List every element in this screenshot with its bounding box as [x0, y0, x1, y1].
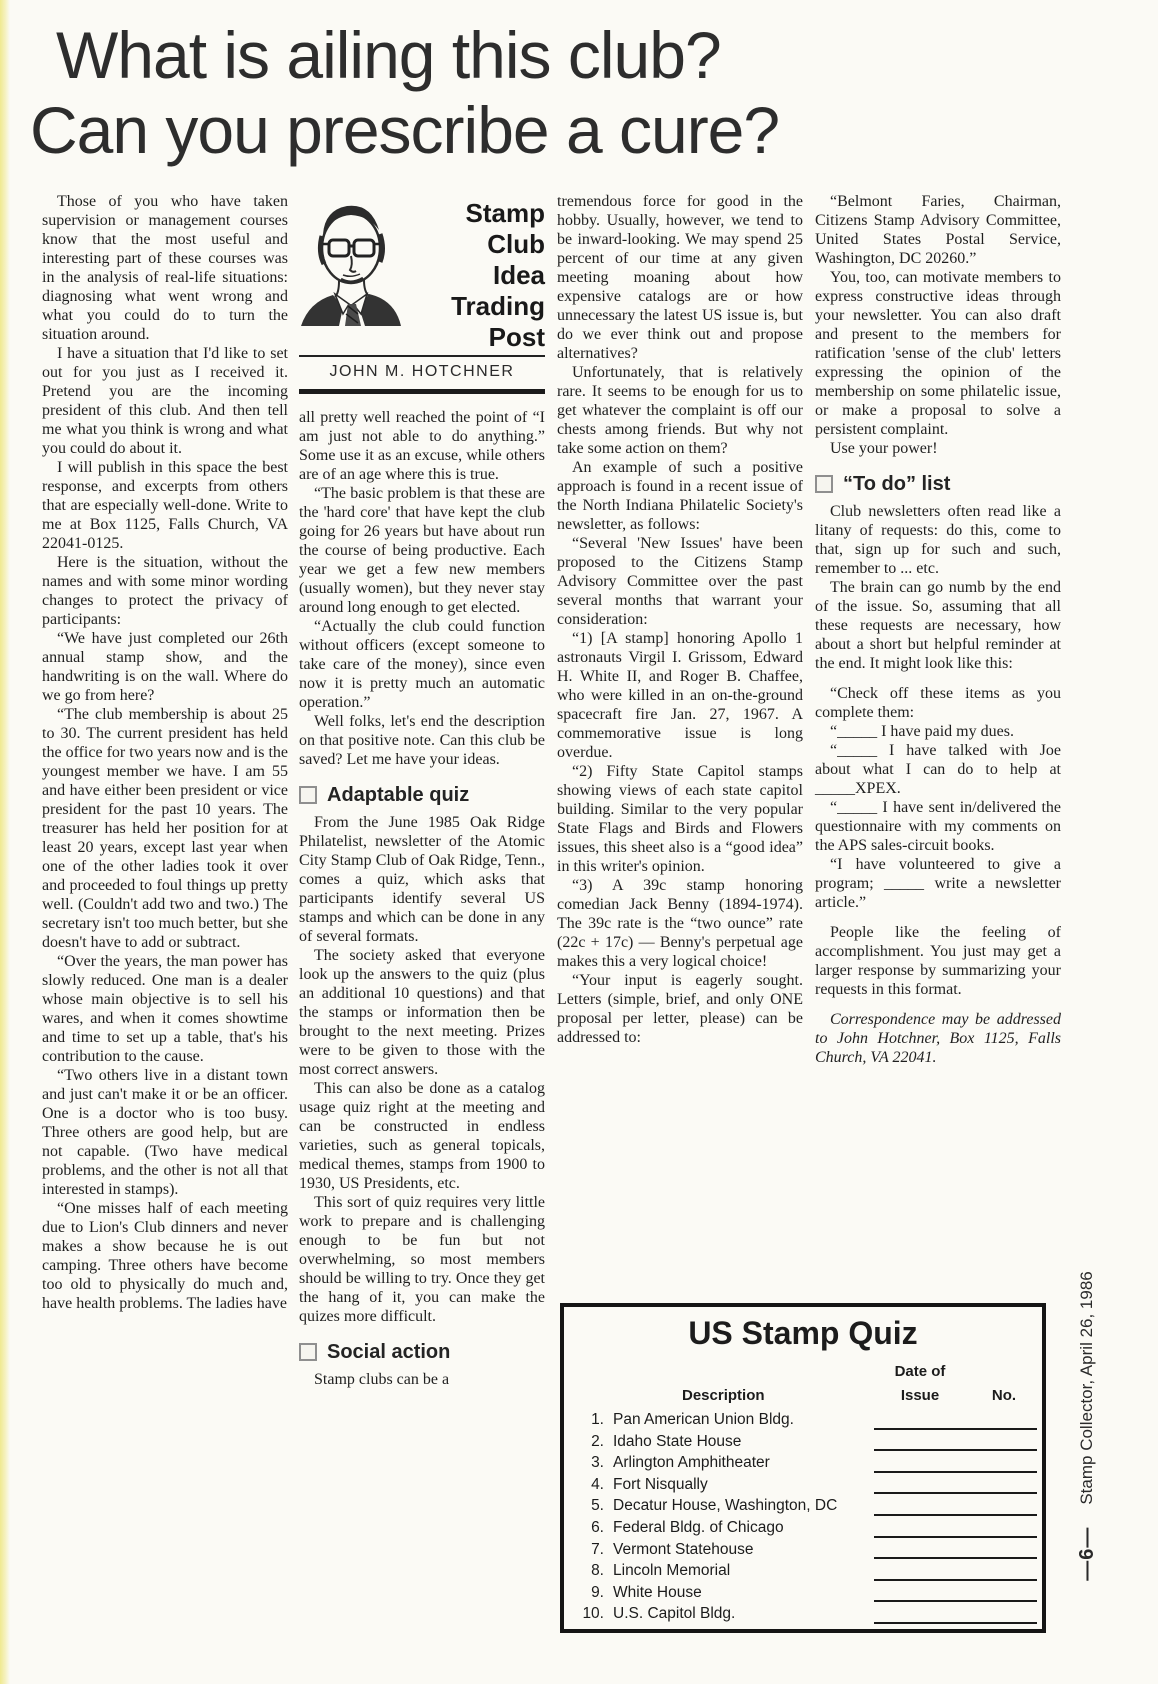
page-title-line1: What is ailing this club?	[0, 18, 779, 93]
paragraph: “Over the years, the man power has slowl…	[42, 952, 288, 1066]
paragraph: “2) Fifty State Capitol stamps showing v…	[557, 762, 803, 876]
scanned-page-edge	[0, 0, 10, 1684]
page-footer: —6— Stamp Collector, April 26, 1986	[1074, 1261, 1100, 1591]
column-4: “Belmont Faries, Chairman, Citizens Stam…	[815, 192, 1061, 1067]
checkbox-icon	[299, 786, 317, 804]
quiz-row: 10.U.S. Capitol Bldg.	[564, 1605, 1042, 1627]
quiz-answer-blank	[874, 1579, 1037, 1581]
section-heading-to-do-list: “To do” list	[815, 473, 1061, 495]
paragraph: all pretty well reached the point of “I …	[299, 408, 545, 484]
paragraph: “The basic problem is that these are the…	[299, 484, 545, 617]
quiz-rows: 1.Pan American Union Bldg.2.Idaho State …	[564, 1411, 1042, 1627]
paragraph: “_____ I have talked with Joe about what…	[815, 741, 1061, 798]
quiz-header-issue: Issue	[864, 1387, 976, 1404]
paragraph: Stamp clubs can be a	[299, 1370, 545, 1389]
paragraph: This sort of quiz requires very little w…	[299, 1193, 545, 1326]
paragraph: “_____ I have sent in/delivered the ques…	[815, 798, 1061, 855]
quiz-row: 4.Fort Nisqually	[564, 1476, 1042, 1498]
publication-name: Stamp Collector, April 26, 1986	[1077, 1271, 1097, 1504]
quiz-header-description: Description	[682, 1387, 765, 1404]
paragraph: “Your input is eagerly sought. Letters (…	[557, 971, 803, 1047]
quiz-answer-blank	[874, 1536, 1037, 1538]
section-heading-social-action: Social action	[299, 1341, 545, 1363]
paragraph: Those of you who have taken supervision …	[42, 192, 288, 344]
column-title: Stamp Club Idea Trading Post	[403, 186, 545, 353]
quiz-answer-blank	[874, 1428, 1037, 1430]
quiz-row: 5.Decatur House, Washington, DC	[564, 1497, 1042, 1519]
paragraph: From the June 1985 Oak Ridge Philatelist…	[299, 813, 545, 946]
quiz-row: 7.Vermont Statehouse	[564, 1541, 1042, 1563]
quiz-answer-blank	[874, 1600, 1037, 1602]
author-name: JOHN M. HOTCHNER	[299, 357, 545, 387]
checkbox-icon	[299, 1343, 317, 1361]
checkbox-icon	[815, 475, 833, 493]
quiz-row: 9.White House	[564, 1584, 1042, 1606]
paragraph: I will publish in this space the best re…	[42, 458, 288, 553]
section-heading-label: “To do” list	[843, 473, 950, 495]
quiz-answer-blank	[874, 1492, 1037, 1494]
quiz-row: 1.Pan American Union Bldg.	[564, 1411, 1042, 1433]
quiz-row-number: 7.	[564, 1541, 604, 1559]
paragraph: This can also be done as a catalog usage…	[299, 1079, 545, 1193]
paragraph: “One misses half of each meeting due to …	[42, 1199, 288, 1313]
quiz-answer-blank	[874, 1557, 1037, 1559]
quiz-title: US Stamp Quiz	[564, 1315, 1042, 1352]
quiz-row-description: Lincoln Memorial	[604, 1562, 874, 1580]
paragraph: You, too, can motivate members to expres…	[815, 268, 1061, 439]
paragraph: “3) A 39c stamp honoring comedian Jack B…	[557, 876, 803, 971]
quiz-row-description: Fort Nisqually	[604, 1476, 874, 1494]
column-1: Those of you who have taken supervision …	[42, 192, 288, 1313]
column-2-body: all pretty well reached the point of “I …	[299, 408, 545, 1389]
paragraph: People like the feeling of accomplishmen…	[815, 923, 1061, 999]
paragraph: tremendous force for good in the hobby. …	[557, 192, 803, 363]
page-title-line2: Can you prescribe a cure?	[0, 93, 779, 168]
byline-box: Stamp Club Idea Trading Post JOHN M. HOT…	[299, 186, 545, 394]
paragraph: “Belmont Faries, Chairman, Citizens Stam…	[815, 192, 1061, 268]
quiz-row-number: 9.	[564, 1584, 604, 1602]
paragraph: Use your power!	[815, 439, 1061, 458]
paragraph: “The club membership is about 25 to 30. …	[42, 705, 288, 952]
quiz-row: 6.Federal Bldg. of Chicago	[564, 1519, 1042, 1541]
paragraph: “_____ I have paid my dues.	[815, 722, 1061, 741]
quiz-row-description: U.S. Capitol Bldg.	[604, 1605, 874, 1623]
paragraph: Club newsletters often read like a litan…	[815, 502, 1061, 578]
quiz-row: 3.Arlington Amphitheater	[564, 1454, 1042, 1476]
quiz-row-number: 3.	[564, 1454, 604, 1472]
page-title: What is ailing this club? Can you prescr…	[0, 18, 779, 168]
quiz-row: 8.Lincoln Memorial	[564, 1562, 1042, 1584]
paragraph: The society asked that everyone look up …	[299, 946, 545, 1079]
quiz-row-number: 5.	[564, 1497, 604, 1515]
section-heading-adaptable-quiz: Adaptable quiz	[299, 784, 545, 806]
paragraph: An example of such a positive approach i…	[557, 458, 803, 534]
quiz-answer-blank	[874, 1514, 1037, 1516]
column-title-line: Trading	[403, 291, 545, 322]
quiz-header-number: No.	[982, 1387, 1026, 1404]
quiz-row-number: 4.	[564, 1476, 604, 1494]
quiz-header-date-of: Date of	[864, 1363, 976, 1380]
page-number: —6—	[1076, 1527, 1099, 1581]
quiz-row-description: Idaho State House	[604, 1433, 874, 1451]
section-heading-label: Adaptable quiz	[327, 784, 469, 806]
paragraph: The brain can go numb by the end of the …	[815, 578, 1061, 673]
column-title-line: Post	[403, 322, 545, 353]
paragraph: “Several 'New Issues' have been proposed…	[557, 534, 803, 629]
author-portrait	[299, 186, 403, 326]
quiz-row-description: Federal Bldg. of Chicago	[604, 1519, 874, 1537]
us-stamp-quiz-box: US Stamp Quiz Date of Description Issue …	[560, 1303, 1046, 1633]
quiz-row-description: Arlington Amphitheater	[604, 1454, 874, 1472]
column-2: Stamp Club Idea Trading Post JOHN M. HOT…	[299, 186, 545, 1389]
column-title-line: Idea	[403, 260, 545, 291]
quiz-answer-blank	[874, 1622, 1037, 1624]
quiz-answer-blank	[874, 1471, 1037, 1473]
quiz-row-number: 1.	[564, 1411, 604, 1429]
quiz-row-number: 2.	[564, 1433, 604, 1451]
paragraph: Well folks, let's end the description on…	[299, 712, 545, 769]
paragraph: “Check off these items as you complete t…	[815, 684, 1061, 722]
quiz-row-description: Decatur House, Washington, DC	[604, 1497, 874, 1515]
quiz-row-description: White House	[604, 1584, 874, 1602]
column-3: tremendous force for good in the hobby. …	[557, 192, 803, 1047]
quiz-answer-blank	[874, 1449, 1037, 1451]
paragraph: Here is the situation, without the names…	[42, 553, 288, 629]
paragraph: “I have volunteered to give a program; _…	[815, 855, 1061, 912]
quiz-row-number: 10.	[564, 1605, 604, 1623]
paragraph: “Two others live in a distant town and j…	[42, 1066, 288, 1199]
byline-rule-thick	[299, 389, 545, 394]
quiz-row-number: 8.	[564, 1562, 604, 1580]
quiz-row-number: 6.	[564, 1519, 604, 1537]
quiz-row-description: Vermont Statehouse	[604, 1541, 874, 1559]
paragraph: Correspondence may be addressed to John …	[815, 1010, 1061, 1067]
paragraph: “We have just completed our 26th annual …	[42, 629, 288, 705]
quiz-row-description: Pan American Union Bldg.	[604, 1411, 874, 1429]
paragraph: “1) [A stamp] honoring Apollo 1 astronau…	[557, 629, 803, 762]
paragraph: Unfortunately, that is relatively rare. …	[557, 363, 803, 458]
column-title-line: Stamp Club	[403, 198, 545, 260]
paragraph: I have a situation that I'd like to set …	[42, 344, 288, 458]
section-heading-label: Social action	[327, 1341, 450, 1363]
quiz-row: 2.Idaho State House	[564, 1433, 1042, 1455]
paragraph: “Actually the club could function withou…	[299, 617, 545, 712]
